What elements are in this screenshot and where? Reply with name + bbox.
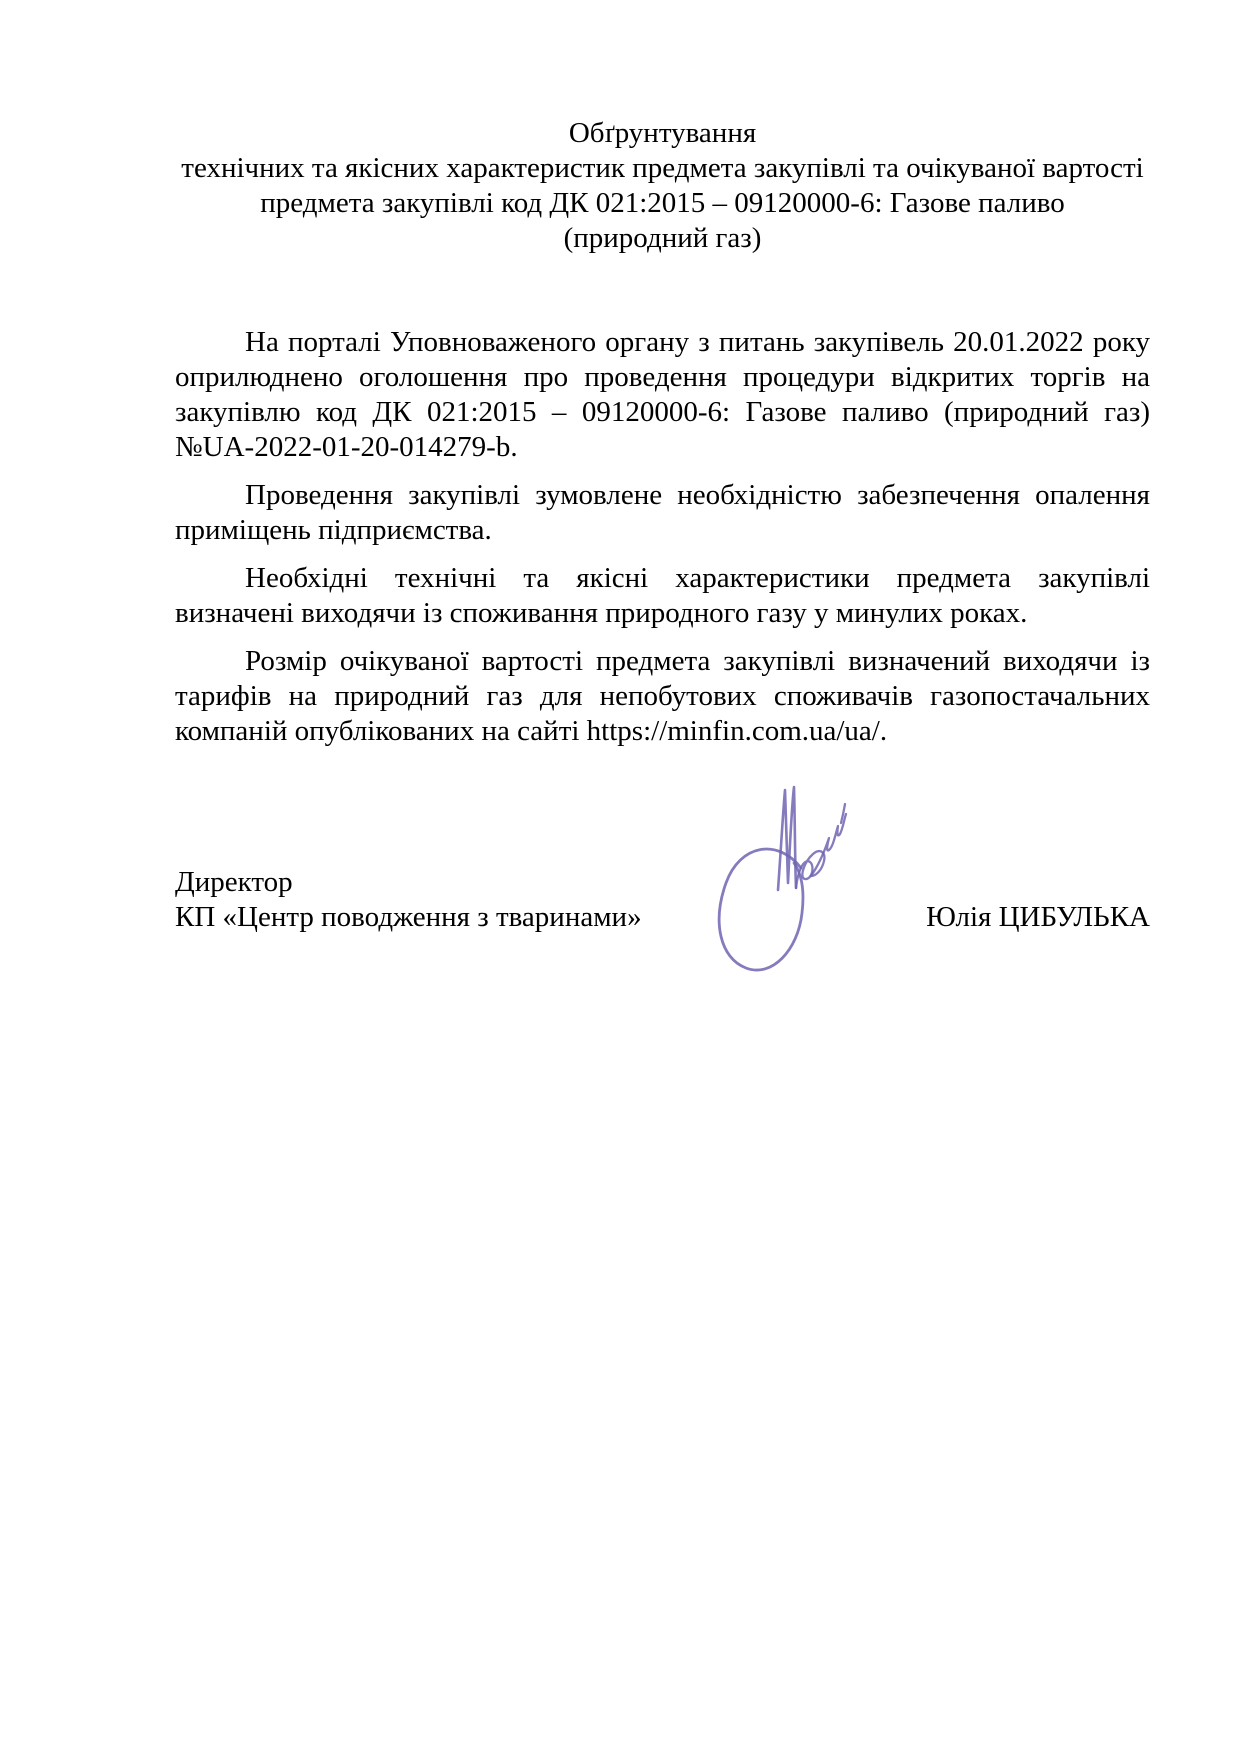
title-line-3: предмета закупівлі код ДК 021:2015 – 091… <box>175 186 1150 221</box>
signer-name: Юлія ЦИБУЛЬКА <box>926 900 1150 935</box>
paragraph-expected-value: Розмір очікуваної вартості предмета заку… <box>175 644 1150 749</box>
handwritten-signature <box>698 778 858 978</box>
document-title: Обґрунтування технічних та якісних харак… <box>175 116 1150 256</box>
document-content: Обґрунтування технічних та якісних харак… <box>0 0 1241 935</box>
document-page: Обґрунтування технічних та якісних харак… <box>0 0 1241 1755</box>
signature-block: Директор КП «Центр поводження з тваринам… <box>175 865 1150 935</box>
title-line-4: (природний газ) <box>175 221 1150 256</box>
title-line-2: технічних та якісних характеристик предм… <box>175 151 1150 186</box>
paragraph-announcement: На порталі Уповноваженого органу з питан… <box>175 325 1150 465</box>
signer-role-line-1: Директор <box>175 865 1150 900</box>
paragraph-characteristics: Необхідні технічні та якісні характерист… <box>175 561 1150 631</box>
paragraph-purpose: Проведення закупівлі зумовлене необхідні… <box>175 478 1150 548</box>
title-line-1: Обґрунтування <box>175 116 1150 151</box>
